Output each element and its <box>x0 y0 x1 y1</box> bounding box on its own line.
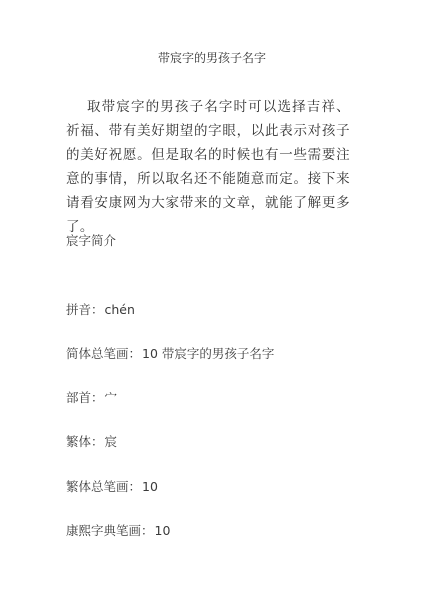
field-radical: 部首：宀 <box>66 389 117 407</box>
field-value: 宸 <box>105 434 118 449</box>
field-simplified-strokes: 简体总笔画：10 带宸字的男孩子名字 <box>66 345 274 363</box>
field-traditional: 繁体：宸 <box>66 433 117 451</box>
section-heading: 宸字简介 <box>66 232 116 250</box>
field-label: 繁体： <box>66 434 104 449</box>
field-label: 部首： <box>66 390 104 405</box>
field-value: 宀 <box>105 390 118 405</box>
field-value: chén <box>105 302 135 317</box>
document-page: 带宸字的男孩子名字 取带宸字的男孩子名字时可以选择吉祥、祈福、带有美好期望的字眼… <box>0 0 424 600</box>
document-title: 带宸字的男孩子名字 <box>0 50 424 66</box>
field-kangxi-strokes: 康熙字典笔画：10 <box>66 522 170 540</box>
field-traditional-strokes: 繁体总笔画：10 <box>66 478 158 496</box>
field-pinyin: 拼音：chén <box>66 301 135 319</box>
field-label: 繁体总笔画： <box>66 479 141 494</box>
field-value: 10 <box>155 523 171 538</box>
field-value: 10 带宸字的男孩子名字 <box>142 346 274 361</box>
field-value: 10 <box>142 479 158 494</box>
field-label: 拼音： <box>66 302 104 317</box>
field-label: 简体总笔画： <box>66 346 141 361</box>
intro-paragraph: 取带宸字的男孩子名字时可以选择吉祥、祈福、带有美好期望的字眼，以此表示对孩子的美… <box>66 95 350 239</box>
field-label: 康熙字典笔画： <box>66 523 154 538</box>
